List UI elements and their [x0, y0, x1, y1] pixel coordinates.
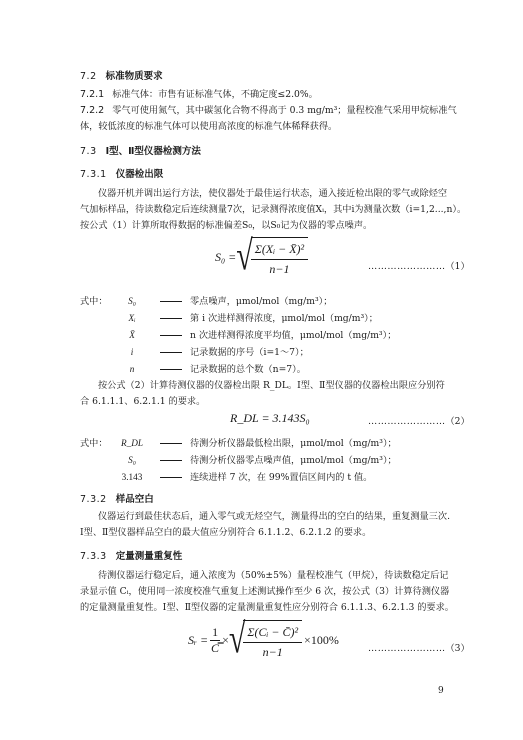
para-7-3-3-line1: 待测仪器运行稳定后，通入浓度为（50%±5%）量程校准气（甲烷），待读数稳定后记	[98, 568, 448, 584]
page-number: 9	[438, 686, 444, 696]
equation-1-label: ……………………（1）	[368, 258, 470, 272]
para-7-3-3-line2: 录显示值 Cᵢ，使用同一浓度校准气重复上述测试操作至少 6 次，按公式（3）计算…	[80, 584, 449, 600]
eq2-def-row: S₀待测分析仪器零点噪声值，μmol/mol（mg/m³）；	[112, 452, 397, 466]
eq1-def-row: Xᵢ第 i 次进样测得浓度，μmol/mol（mg/m³）；	[112, 310, 378, 324]
para-7-3-1-b-line1: 按公式（2）计算待测仪器的仪器检出限 R_DL。Ⅰ型、Ⅱ型仪器的仪器检出限应分别…	[98, 378, 445, 394]
equation-2: R_DL = 3.143S₀	[230, 411, 310, 426]
eq2-where-label: 式中：	[80, 435, 108, 449]
section-heading-7-3-2: 7.3.2样品空白	[80, 491, 154, 505]
para-7-3-1-line1: 仪器开机并调出运行方法，使仪器处于最佳运行状态，通入接近检出限的零气或除烃空	[98, 186, 447, 202]
para-7-3-3-line3: 的定量测量重复性。Ⅰ型、Ⅱ型仪器的定量测量重复性应分别符合 6.1.1.3、6.…	[80, 600, 454, 616]
equation-3: Sᵣ = 1 C̿ × √ Σ(Cᵢ − C̄)² n−1 ×100%	[188, 620, 339, 660]
eq2-def-row: 3.143连续进样 7 次，在 99%置信区间内的 t 值。	[112, 469, 372, 483]
clause-7-2-2: 7.2.2零气可使用氮气，其中碳氢化合物不得高于 0.3 mg/m³；量程校准气…	[80, 103, 457, 119]
sqrt-symbol: √	[229, 619, 245, 661]
section-heading-7-3-3: 7.3.3定量测量重复性	[80, 548, 182, 562]
section-heading-7-3: 7.3Ⅰ型、Ⅱ型仪器检测方法	[80, 143, 201, 157]
eq2-def-row: R_DL待测分析仪器最低检出限，μmol/mol（mg/m³）；	[112, 435, 397, 449]
equation-3-label: ……………………（3）	[368, 640, 470, 654]
equation-1: S₀ = √ Σ(Xᵢ − X̄)² n−1	[215, 237, 308, 277]
para-7-3-1-line2: 气加标样品，待读数稳定后连续测量7次，记录测得浓度值Xᵢ，其中i为测量次数（i=…	[80, 202, 466, 218]
eq1-where-label: 式中：	[80, 293, 108, 307]
eq1-def-row: X̄n 次进样测得浓度平均值，μmol/mol（mg/m³）；	[112, 327, 396, 341]
para-7-3-1-b-line2: 合 6.1.1.1、6.2.1.1 的要求。	[80, 394, 205, 410]
eq1-def-row: i记录数据的序号（i=1～7）；	[112, 344, 309, 358]
equation-2-label: ……………………（2）	[368, 413, 470, 427]
section-heading-7-2: 7.2标准物质要求	[80, 68, 163, 82]
eq1-def-row: n记录数据的总个数（n=7）。	[112, 361, 306, 375]
clause-7-2-1: 7.2.1标准气体：市售有证标准气体，不确定度≤2.0%。	[80, 87, 318, 103]
clause-7-2-2-cont: 体，较低浓度的标准气体可以使用高浓度的标准气体稀释获得。	[80, 119, 337, 135]
eq1-def-row: S₀零点噪声，μmol/mol（mg/m³）；	[112, 293, 332, 307]
sqrt-symbol: √	[236, 236, 252, 278]
para-7-3-1-line3: 按公式（1）计算所取得数据的标准偏差S₀，以S₀记为仪器的零点噪声。	[80, 218, 372, 234]
para-7-3-2-line1: 仪器运行到最佳状态后，通入零气或无烃空气，测量得出的空白的结果，重复测量三次.	[98, 509, 450, 525]
section-heading-7-3-1: 7.3.1仪器检出限	[80, 166, 163, 180]
para-7-3-2-line2: Ⅰ型、Ⅱ型仪器样品空白的最大值应分别符合 6.1.1.2、6.2.1.2 的要求…	[80, 525, 371, 541]
